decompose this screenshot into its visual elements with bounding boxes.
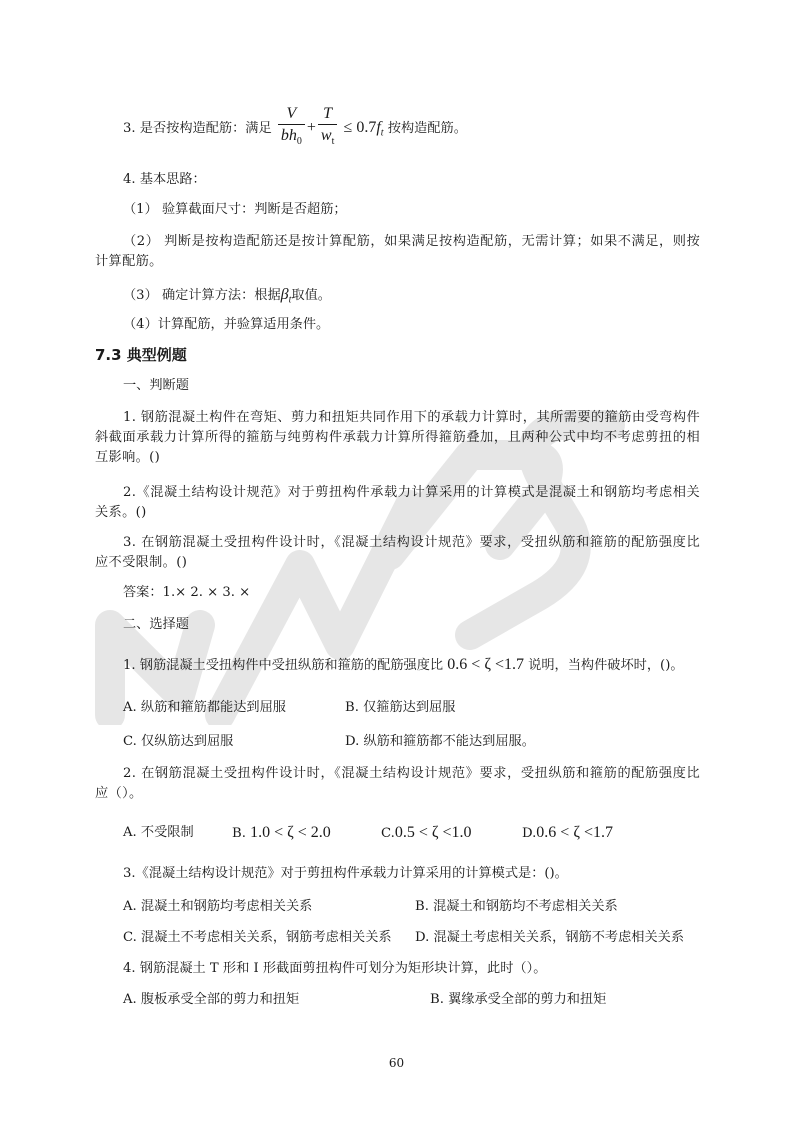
item3-suffix: 按构造配筋。: [388, 121, 467, 136]
mcq-1-option-a: A. 纵筋和箍筋都能达到屈服: [123, 698, 286, 718]
mcq-2-option-a: A. 不受限制: [123, 823, 194, 843]
mcq-3-option-b: B. 混凝土和钢筋均不考虑相关关系: [415, 897, 618, 917]
step-3: （3） 确定计算方法：根据βt取值。: [123, 285, 331, 311]
mcq-3-option-d: D. 混凝土考虑相关关系，钢筋不考虑相关关系: [415, 928, 684, 948]
mcq-1-stem: 1. 钢筋混凝土受扭构件中受扭纵筋和箍筋的配筋强度比 0.6 < ζ <1.7 …: [123, 655, 684, 676]
mcq-4-option-a: A. 腹板承受全部的剪力和扭矩: [123, 990, 299, 1010]
step-4: （4）计算配筋，并验算适用条件。: [123, 315, 329, 335]
section-heading: 7.3 典型例题: [95, 344, 187, 366]
fraction-v-bh0: V bh0: [278, 104, 305, 153]
tf-question-2: 2.《混凝土结构设计规范》对于剪扭构件承载力计算采用的计算模式是混凝土和钢筋均考…: [95, 483, 700, 523]
mcq-2-option-d: D.0.6 < ζ <1.7: [522, 823, 613, 844]
page-number: 60: [0, 1056, 793, 1070]
mcq-4-stem: 4. 钢筋混凝土 T 形和 I 形截面剪扭构件可划分为矩形块计算，此时（）。: [123, 959, 546, 979]
mcq-2-stem: 2. 在钢筋混凝土受扭构件设计时，《混凝土结构设计规范》要求，受扭纵筋和箍筋的配…: [95, 764, 700, 804]
part1-title: 一、判断题: [123, 376, 189, 396]
item3-prefix: 3. 是否按构造配筋：满足: [123, 121, 272, 136]
mcq-1-option-c: C. 仅纵筋达到屈服: [123, 732, 233, 752]
mcq-1-option-d: D. 纵筋和箍筋都不能达到屈服。: [345, 732, 535, 752]
tf-question-1: 1. 钢筋混凝土构件在弯矩、剪力和扭矩共同作用下的承载力计算时，其所需要的箍筋由…: [95, 408, 700, 468]
mcq-2-option-c: C.0.5 < ζ <1.0: [381, 823, 471, 844]
formula-line: 3. 是否按构造配筋：满足 V bh0 + T wt ≤ 0.7ft 按构造配筋…: [123, 104, 467, 153]
part2-title: 二、选择题: [123, 615, 189, 635]
mcq-3-option-a: A. 混凝土和钢筋均考虑相关关系: [123, 897, 312, 917]
step-1: （1） 验算截面尺寸：判断是否超筋；: [123, 200, 347, 220]
fraction-t-wt: T wt: [318, 104, 337, 153]
mcq-3-stem: 3.《混凝土结构设计规范》对于剪扭构件承载力计算采用的计算模式是：()。: [123, 864, 568, 884]
mcq-1-option-b: B. 仅箍筋达到屈服: [345, 698, 455, 718]
tf-answer: 答案：1.× 2. × 3. ×: [123, 583, 250, 603]
document-page: 3. 是否按构造配筋：满足 V bh0 + T wt ≤ 0.7ft 按构造配筋…: [0, 0, 793, 1122]
step-2: （2） 判断是按构造配筋还是按计算配筋，如果满足按构造配筋，无需计算；如果不满足…: [95, 232, 700, 272]
mcq-3-option-c: C. 混凝土不考虑相关关系，钢筋考虑相关关系: [123, 928, 392, 948]
tf-question-3: 3. 在钢筋混凝土受扭构件设计时，《混凝土结构设计规范》要求，受扭纵筋和箍筋的配…: [95, 533, 700, 573]
mcq-4-option-b: B. 翼缘承受全部的剪力和扭矩: [430, 990, 606, 1010]
item4-title: 4. 基本思路：: [123, 170, 206, 190]
mcq-2-option-b: B. 1.0 < ζ < 2.0: [232, 823, 331, 844]
